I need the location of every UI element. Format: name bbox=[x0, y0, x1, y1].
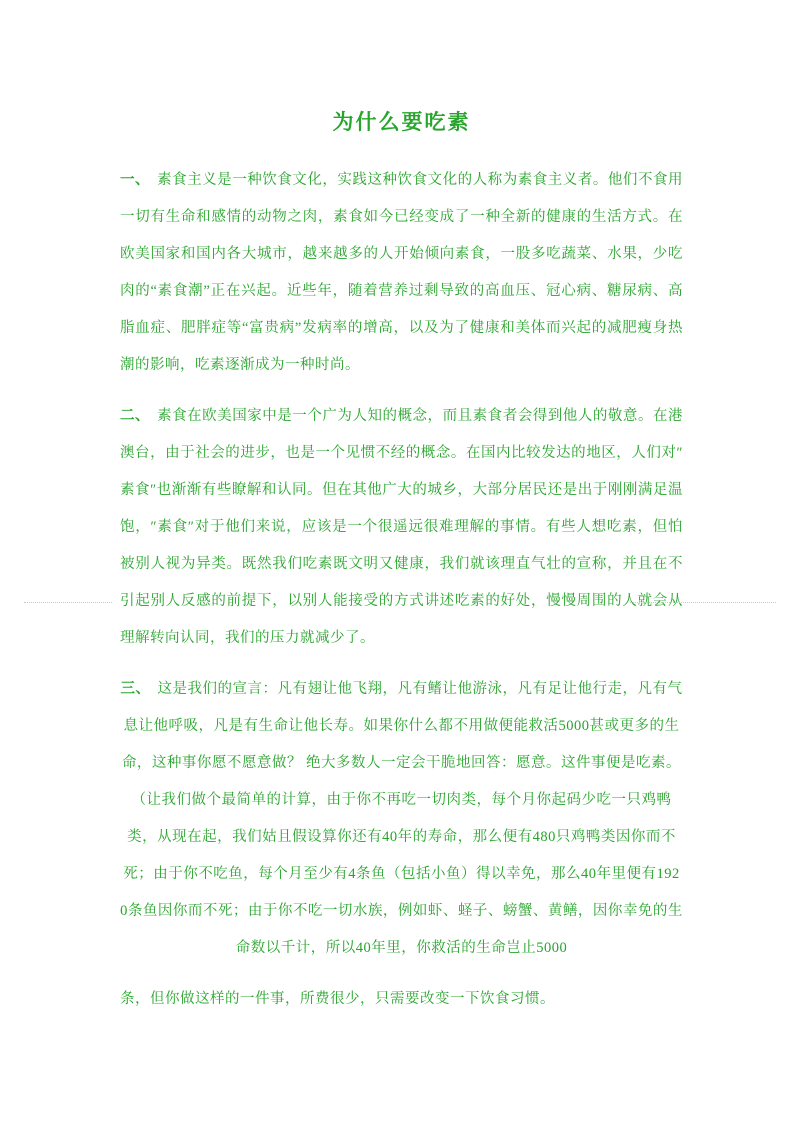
paragraph-1-text: 素食主义是一种饮食文化，实践这种饮食文化的人称为素食主义者。他们不食用一切有生命… bbox=[120, 172, 683, 373]
document-page: 为什么要吃素 一、素食主义是一种饮食文化，实践这种饮食文化的人称为素食主义者。他… bbox=[0, 0, 800, 1132]
paragraph-3: 三、这是我们的宣言：凡有翅让他飞翔，凡有鳍让他游泳，凡有足让他行走，凡有气息让他… bbox=[120, 671, 683, 967]
page-break-dotted-line-left bbox=[24, 602, 112, 603]
page-break-dotted-line-right bbox=[630, 602, 776, 603]
paragraph-3-text: 这是我们的宣言：凡有翅让他飞翔，凡有鳍让他游泳，凡有足让他行走，凡有气息让他呼吸… bbox=[120, 681, 683, 956]
paragraph-3-marker: 三、 bbox=[121, 681, 151, 697]
paragraph-4-text: 条，但你做这样的一件事，所费很少，只需要改变一下饮食习惯。 bbox=[120, 991, 555, 1007]
paragraph-4: 条，但你做这样的一件事，所费很少，只需要改变一下饮食习惯。 bbox=[120, 981, 683, 1018]
paragraph-2: 二、素食在欧美国家中是一个广为人知的概念，而且素食者会得到他人的敬意。在港澳台，… bbox=[120, 398, 683, 657]
paragraph-1-marker: 一、 bbox=[120, 172, 150, 188]
document-title: 为什么要吃素 bbox=[120, 108, 683, 136]
paragraph-1: 一、素食主义是一种饮食文化，实践这种饮食文化的人称为素食主义者。他们不食用一切有… bbox=[120, 162, 683, 384]
paragraph-2-marker: 二、 bbox=[120, 408, 150, 424]
paragraph-2-text: 素食在欧美国家中是一个广为人知的概念，而且素食者会得到他人的敬意。在港澳台，由于… bbox=[120, 408, 683, 646]
